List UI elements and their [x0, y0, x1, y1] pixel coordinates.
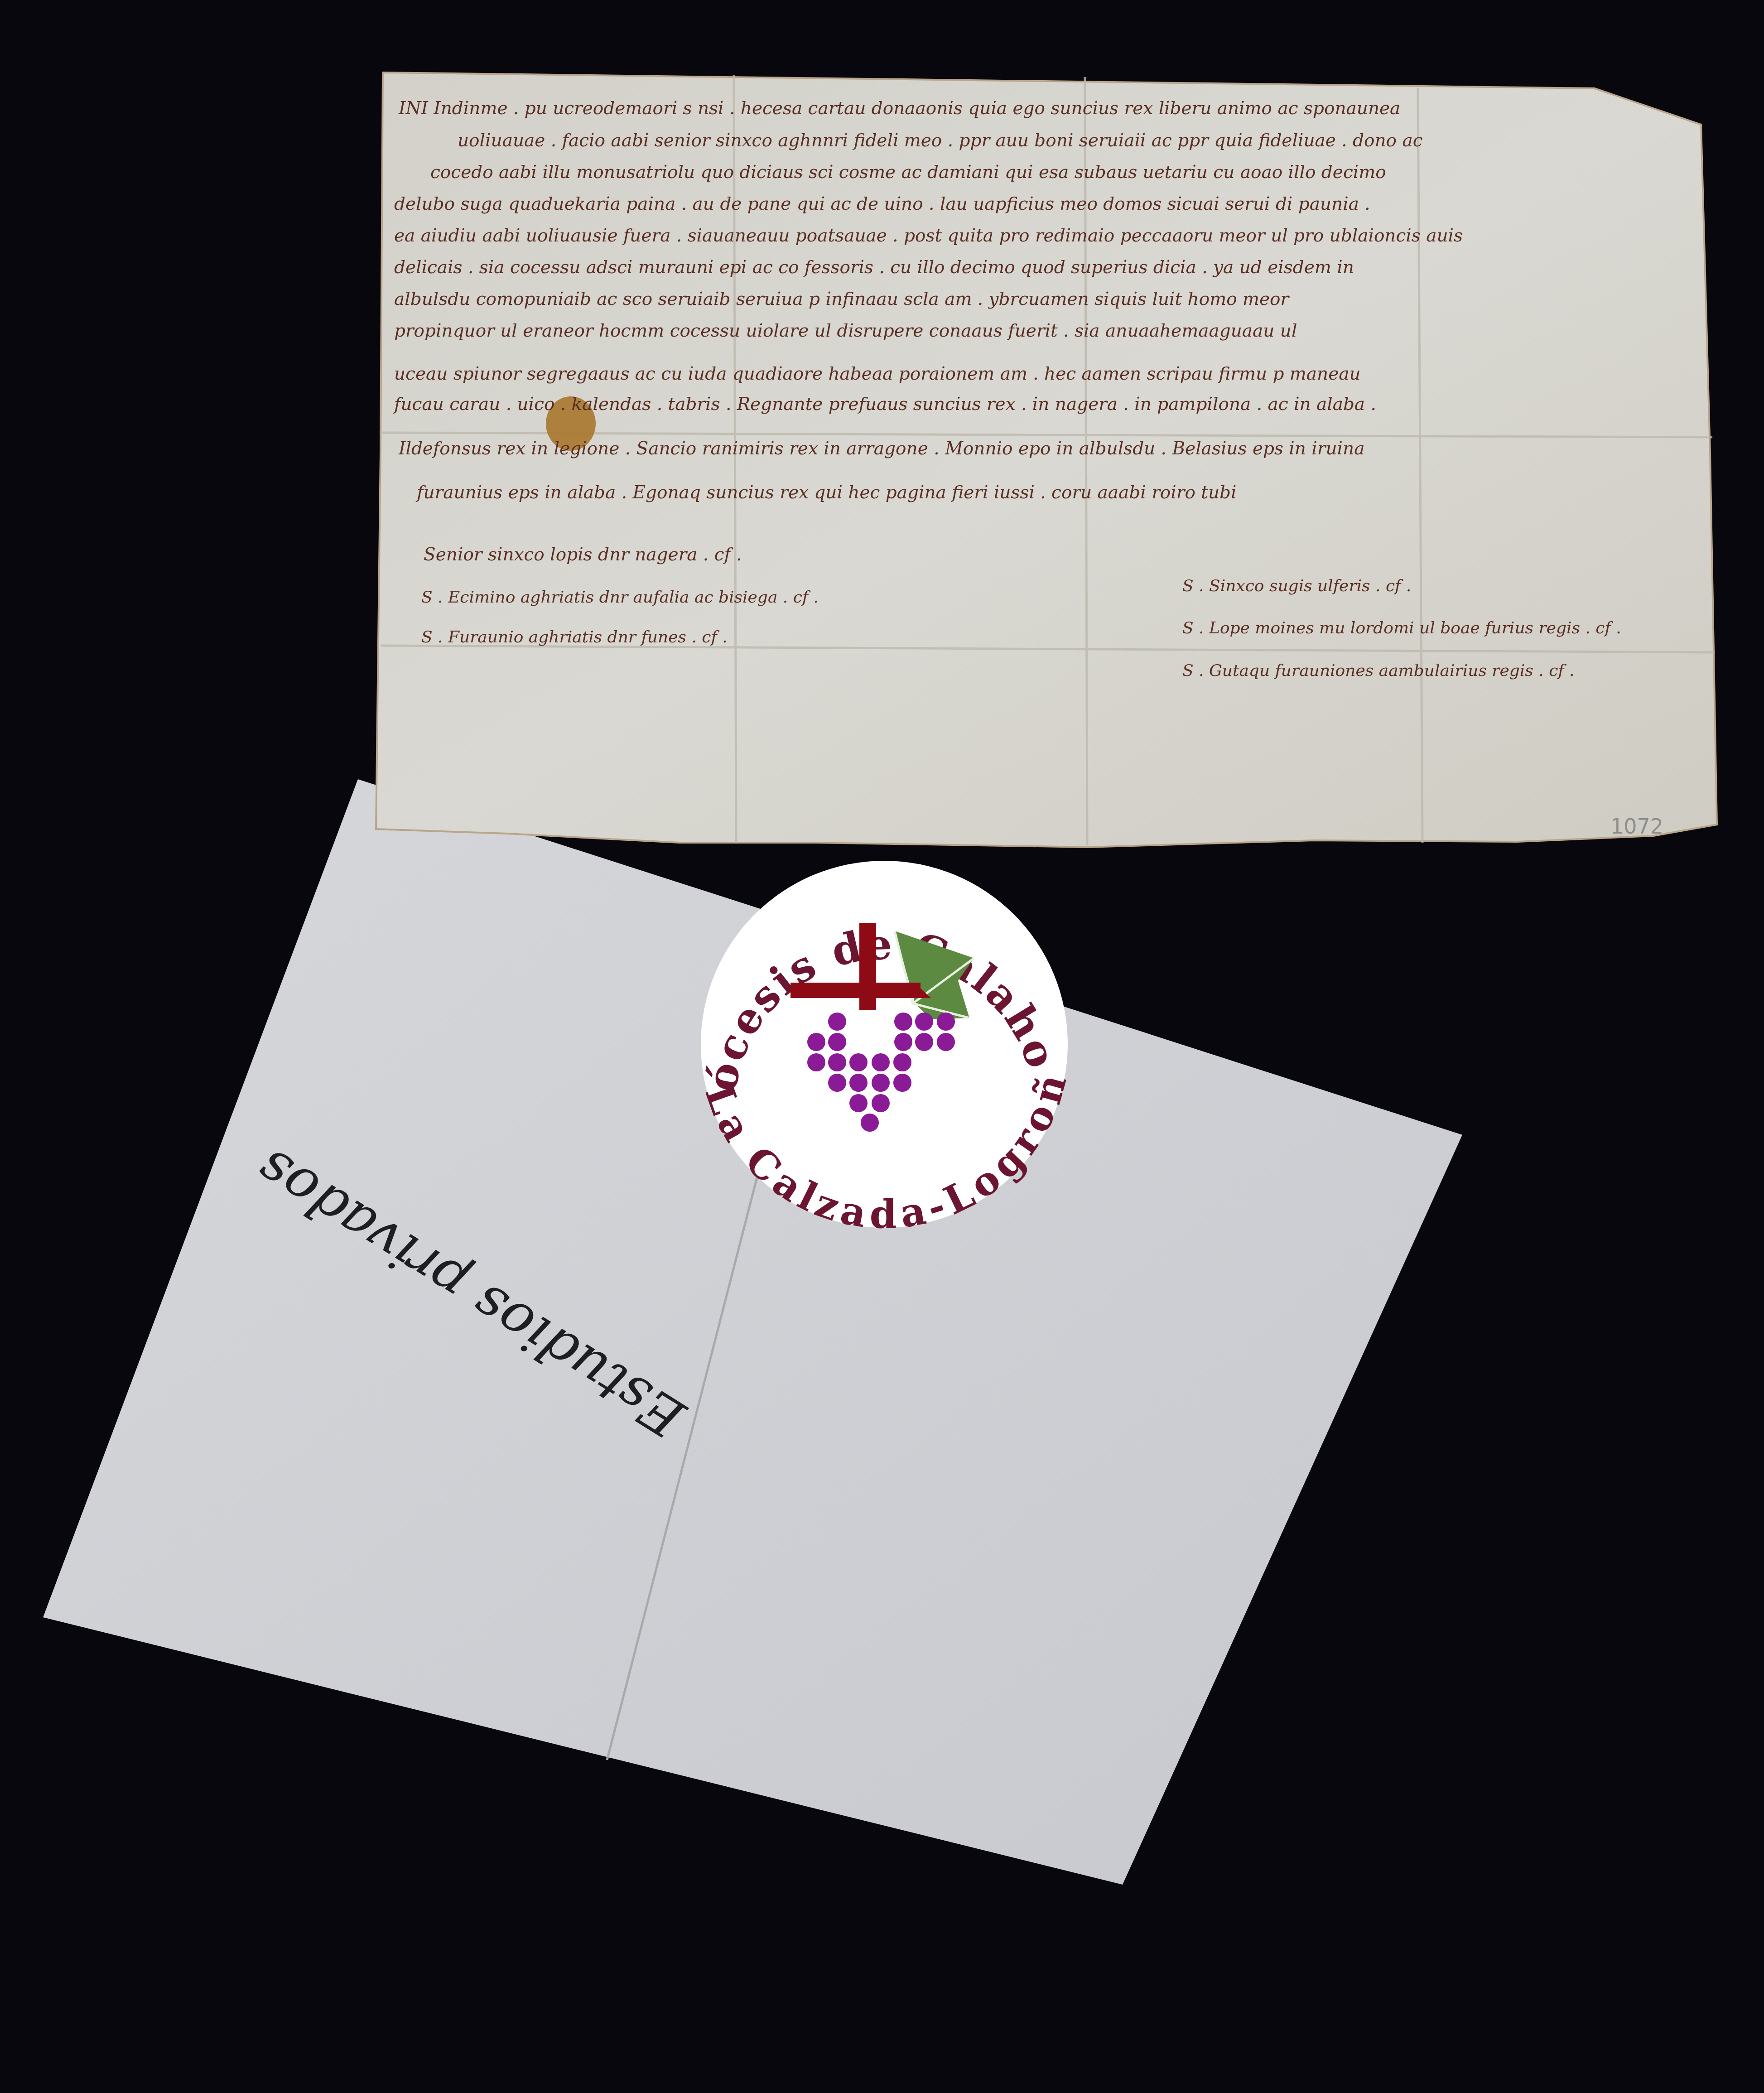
subscription-line: S . Ecimino aghriatis dnr aufalia ac bis…: [421, 588, 819, 607]
charter-line: INI Indinme . pu ucreodemaori s nsi . he…: [398, 98, 1400, 119]
charter-line: cocedo aabi illu monusatriolu quo diciau…: [430, 162, 1386, 183]
charter-line: ea aiudiu aabi uoliuausie fuera . siauan…: [394, 226, 1463, 246]
photo-scene: Estudios privados 1072 INI Indinme . pu …: [0, 0, 1764, 2093]
subscription-line: S . Furaunio aghriatis dnr funes . cf .: [421, 628, 728, 646]
parchment-charter: 1072 INI Indinme . pu ucreodemaori s nsi…: [376, 72, 1717, 847]
charter-line: furaunius eps in alaba . Egonaq suncius …: [415, 482, 1236, 503]
charter-line: albulsdu comopuniaib ac sco seruiaib ser…: [394, 289, 1290, 309]
charter-line: fucau carau . uico . kalendas . tabris .…: [393, 394, 1376, 415]
charter-line: propinquor ul eraneor hocmm cocessu uiol…: [394, 321, 1297, 341]
subscription-line: S . Sinxco sugis ulferis . cf .: [1182, 577, 1411, 595]
charter-line: delicais . sia cocessu adsci murauni epi…: [394, 257, 1354, 278]
charter-line: delubo suga quaduekaria paina . au de pa…: [394, 194, 1370, 214]
charter-line: uoliuauae . facio aabi senior sinxco agh…: [458, 130, 1423, 151]
charter-line: Ildefonsus rex in legione . Sancio ranim…: [398, 439, 1364, 459]
pencil-annotation: 1072: [1610, 814, 1663, 839]
subscription-line: S . Lope moines mu lordomi ul boae furiu…: [1182, 619, 1621, 637]
subscription-line: S . Gutaqu furauniones aambulairius regi…: [1182, 661, 1575, 680]
charter-line: Senior sinxco lopis dnr nagera . cf .: [424, 545, 742, 565]
parchment-sheet: [376, 72, 1717, 847]
charter-line: uceau spiunor segregaaus ac cu iuda quad…: [394, 364, 1361, 384]
